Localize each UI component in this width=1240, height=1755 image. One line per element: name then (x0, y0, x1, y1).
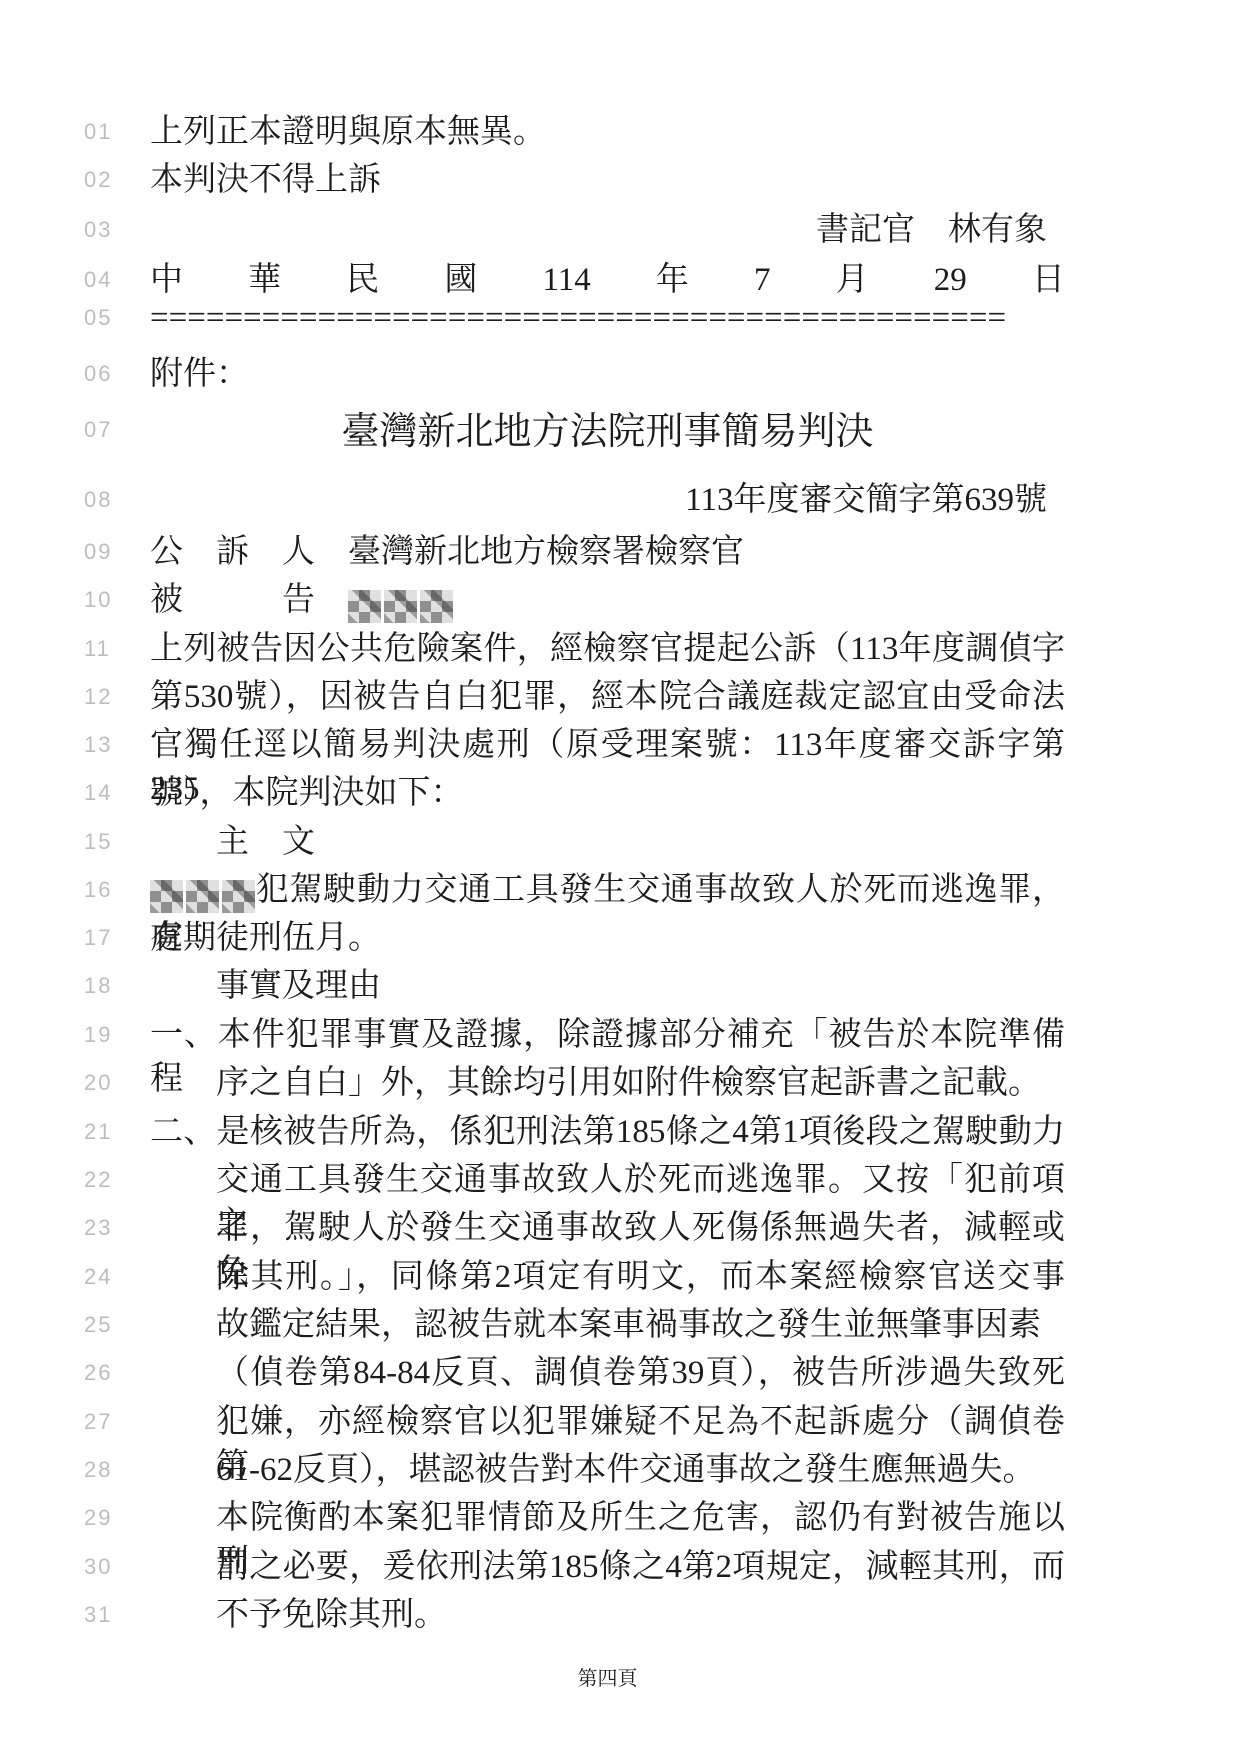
line-number: 16 (84, 868, 134, 912)
line-row: 14 號），本院判決如下： (0, 771, 1240, 815)
line-number: 19 (84, 1013, 134, 1057)
pixelated-block (222, 880, 255, 913)
line-number: 07 (84, 408, 134, 452)
line-text: 二、是核被告所為，係犯刑法第185條之4第1項後段之駕駛動力 (150, 1110, 1065, 1154)
line-number: 18 (84, 964, 134, 1008)
line-number: 21 (84, 1110, 134, 1154)
line-number: 17 (84, 916, 134, 960)
line-number: 26 (84, 1351, 134, 1395)
line-number: 28 (84, 1448, 134, 1492)
court-judgment-page: 01 上列正本證明與原本無異。 02 本判決不得上訴 03 書記官 林有象 04… (0, 0, 1240, 1755)
line-number: 14 (84, 771, 134, 815)
line-row: 22 交通工具發生交通事故致人於死而逃逸罪。又按「犯前項之 (0, 1158, 1240, 1202)
case-number: 113年度審交簡字第639號 (150, 478, 1065, 522)
line-number: 22 (84, 1158, 134, 1202)
line-number: 24 (84, 1255, 134, 1299)
line-number: 13 (84, 723, 134, 767)
redacted-name (348, 582, 453, 626)
line-text: 故鑑定結果，認被告就本案車禍事故之發生並無肇事因素 (150, 1303, 1065, 1347)
separator-row: 05 =====================================… (0, 296, 1240, 340)
prosecutor-row: 09 公 訴 人 臺灣新北地方檢察署檢察官 (0, 530, 1240, 574)
line-text: 上列正本證明與原本無異。 (150, 110, 1065, 154)
line-text: 本判決不得上訴 (150, 158, 1065, 202)
line-number: 03 (84, 208, 134, 252)
line-text: 除其刑。」，同條第2項定有明文，而本案經檢察官送交事 (150, 1255, 1065, 1299)
line-number: 20 (84, 1061, 134, 1105)
line-text: 罰之必要，爰依刑法第185條之4第2項規定，減輕其刑，而 (150, 1545, 1065, 1589)
line-text: 第530號），因被告自白犯罪，經本院合議庭裁定認宜由受命法 (150, 675, 1065, 719)
separator-line: ========================================… (150, 296, 1065, 340)
line-row: 30 罰之必要，爰依刑法第185條之4第2項規定，減輕其刑，而 (0, 1545, 1240, 1589)
facts-heading: 事實及理由 (150, 964, 1065, 1008)
line-text: 61-62反頁），堪認被告對本件交通事故之發生應無過失。 (150, 1448, 1065, 1492)
line-number: 05 (84, 296, 134, 340)
clerk-name-text: 書記官 林有象 (150, 208, 1065, 252)
line-number: 30 (84, 1545, 134, 1589)
line-number: 06 (84, 352, 134, 396)
line-number: 01 (84, 110, 134, 154)
line-row: 20 序之自白」外，其餘均引用如附件檢察官起訴書之記載。 (0, 1061, 1240, 1105)
line-text: 不予免除其刑。 (150, 1593, 1065, 1637)
line-row: 02 本判決不得上訴 (0, 158, 1240, 202)
pixelated-block (384, 590, 417, 623)
line-number: 12 (84, 675, 134, 719)
line-number: 29 (84, 1496, 134, 1540)
line-row: 24 除其刑。」，同條第2項定有明文，而本案經檢察官送交事 (0, 1255, 1240, 1299)
line-number: 25 (84, 1303, 134, 1347)
main-text-heading-row: 15 主 文 (0, 820, 1240, 864)
line-number: 02 (84, 158, 134, 202)
line-number: 23 (84, 1206, 134, 1250)
judgment-title-row: 07 臺灣新北地方法院刑事簡易判決 (0, 408, 1240, 456)
line-text: 有期徒刑伍月。 (150, 916, 1065, 960)
case-number-row: 08 113年度審交簡字第639號 (0, 478, 1240, 522)
line-row: 21 二、是核被告所為，係犯刑法第185條之4第1項後段之駕駛動力 (0, 1110, 1240, 1154)
line-row: 26 （偵卷第84-84反頁、調偵卷第39頁），被告所涉過失致死 (0, 1351, 1240, 1395)
line-row-clerk: 03 書記官 林有象 (0, 208, 1240, 252)
line-text: 附件： (150, 352, 1065, 396)
line-row: 12 第530號），因被告自白犯罪，經本院合議庭裁定認宜由受命法 (0, 675, 1240, 719)
line-row: 29 本院衡酌本案犯罪情節及所生之危害，認仍有對被告施以刑 (0, 1496, 1240, 1540)
line-row: 19 一、本件犯罪事實及證據，除證據部分補充「被告於本院準備程 (0, 1013, 1240, 1057)
pixelated-block (186, 880, 219, 913)
line-text: 序之自白」外，其餘均引用如附件檢察官起訴書之記載。 (150, 1061, 1065, 1105)
line-number: 08 (84, 478, 134, 522)
verdict-row: 16 犯駕駛動力交通工具發生交通事故致人於死而逃逸罪，處 (0, 868, 1240, 912)
line-row: 27 犯嫌，亦經檢察官以犯罪嫌疑不足為不起訴處分（調偵卷第 (0, 1400, 1240, 1444)
defendant-line: 被 告 (150, 578, 1065, 626)
line-text: 號），本院判決如下： (150, 771, 1065, 815)
line-row: 11 上列被告因公共危險案件，經檢察官提起公訴（113年度調偵字 (0, 627, 1240, 671)
line-number: 27 (84, 1400, 134, 1444)
pixelated-block (348, 590, 381, 623)
line-number: 15 (84, 820, 134, 864)
line-row: 23 罪，駕駛人於發生交通事故致人死傷係無過失者，減輕或免 (0, 1206, 1240, 1250)
line-number: 09 (84, 530, 134, 574)
line-row: 17 有期徒刑伍月。 (0, 916, 1240, 960)
page-footer-row: 第四頁 (0, 1664, 1240, 1694)
pixelated-block (420, 590, 453, 623)
line-number: 10 (84, 578, 134, 622)
judgment-title: 臺灣新北地方法院刑事簡易判決 (150, 408, 1065, 456)
page-number: 第四頁 (150, 1664, 1065, 1694)
line-text: （偵卷第84-84反頁、調偵卷第39頁），被告所涉過失致死 (150, 1351, 1065, 1395)
prosecutor-text: 公 訴 人 臺灣新北地方檢察署檢察官 (150, 530, 1065, 574)
facts-heading-row: 18 事實及理由 (0, 964, 1240, 1008)
line-row: 06 附件： (0, 352, 1240, 396)
pixelated-block (150, 880, 183, 913)
line-number: 31 (84, 1593, 134, 1637)
defendant-row: 10 被 告 (0, 578, 1240, 622)
line-row: 25 故鑑定結果，認被告就本案車禍事故之發生並無肇事因素 (0, 1303, 1240, 1347)
line-row: 28 61-62反頁），堪認被告對本件交通事故之發生應無過失。 (0, 1448, 1240, 1492)
line-text: 上列被告因公共危險案件，經檢察官提起公訴（113年度調偵字 (150, 627, 1065, 671)
main-text-heading: 主 文 (150, 820, 1065, 864)
line-number: 11 (84, 627, 134, 671)
redacted-name (150, 872, 255, 916)
defendant-label: 被 告 (150, 582, 348, 618)
line-row: 31 不予免除其刑。 (0, 1593, 1240, 1637)
line-row: 01 上列正本證明與原本無異。 (0, 110, 1240, 154)
line-row: 13 官獨任逕以簡易判決處刑（原受理案號：113年度審交訴字第235 (0, 723, 1240, 767)
